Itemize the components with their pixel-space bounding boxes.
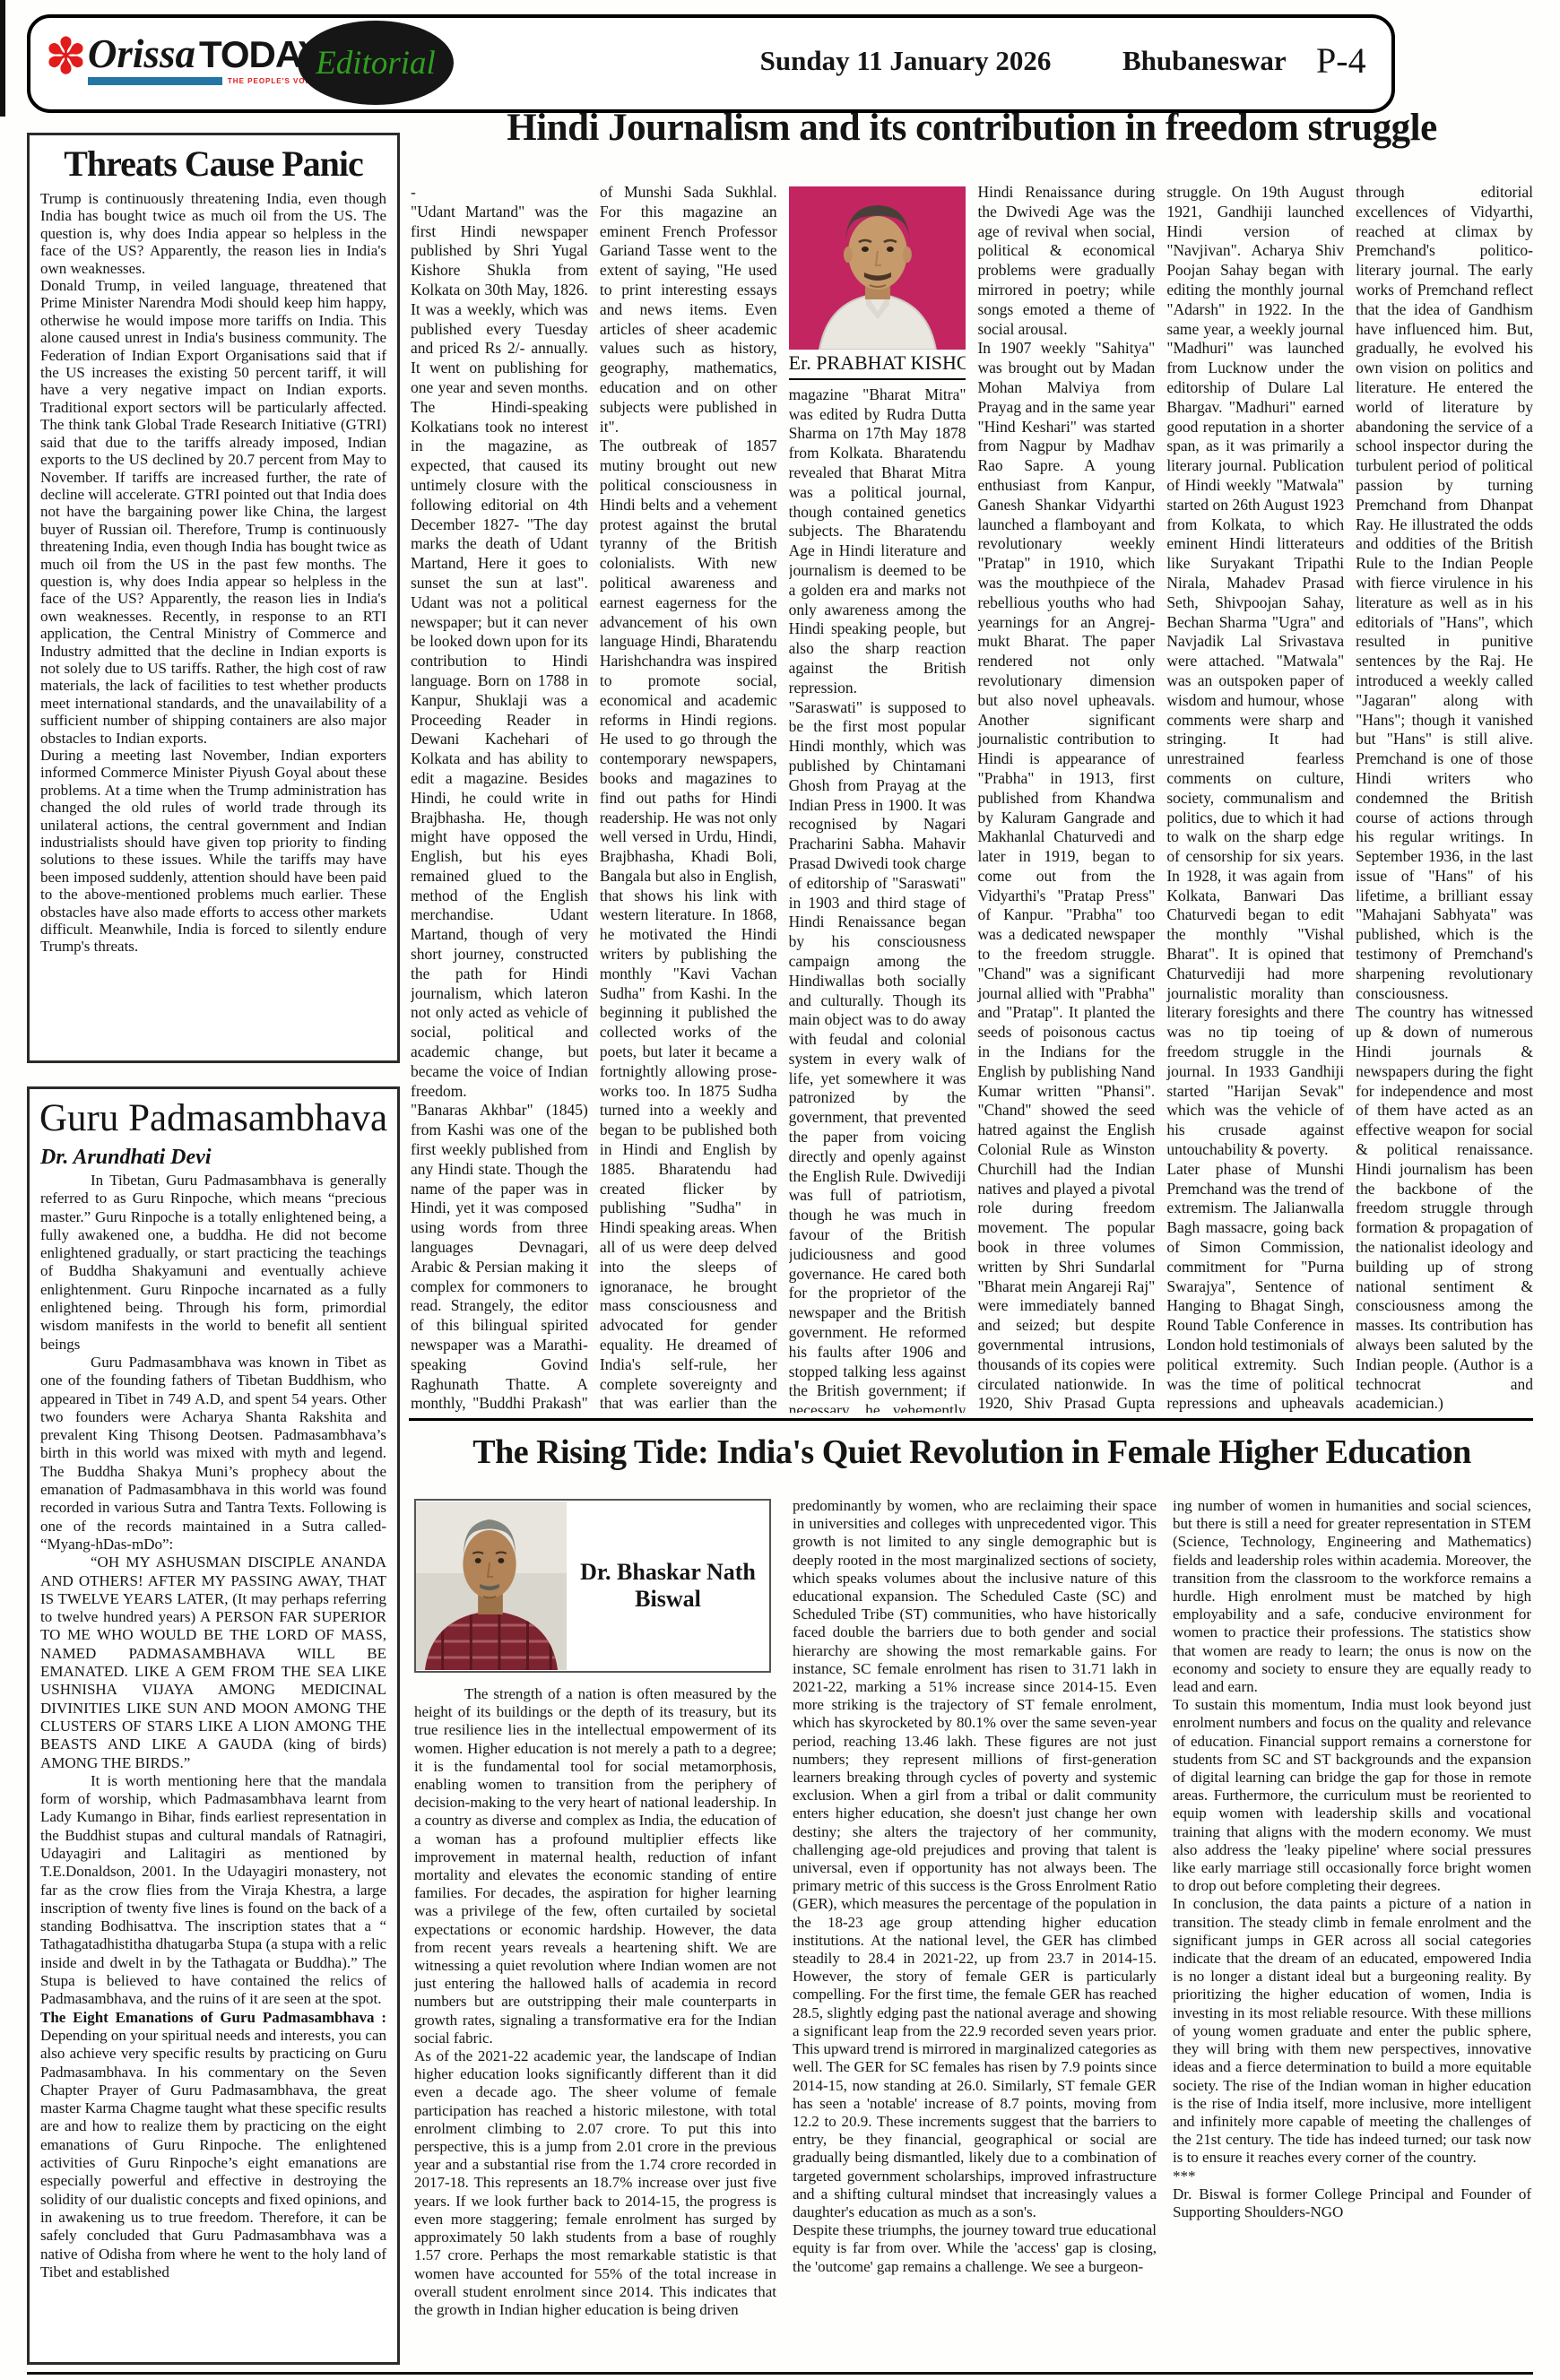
- photo-caption: Dr. Bhaskar Nath Biswal: [567, 1559, 769, 1613]
- paragraph: In Tibetan, Guru Padmasambhava is genera…: [40, 1172, 386, 1354]
- newspaper-page: ✽ Orissa TODAY THE PEOPLE'S VOICE Editor…: [0, 0, 1560, 2380]
- paragraph: "Banaras Akhbar" (1845) from Kashi was o…: [411, 1101, 588, 1413]
- bottom-column-2: predominantly by women, who are reclaimi…: [793, 1497, 1157, 2365]
- paragraph: In conclusion, the data paints a picture…: [1173, 1895, 1531, 2167]
- section-badge-label: Editorial: [316, 44, 436, 82]
- photo-caption: Er. PRABHAT KISHORE: [789, 350, 966, 380]
- article-body: Trump is continuously threatening India,…: [30, 190, 397, 956]
- paragraph: In 1907 weekly "Sahitya" was brought out…: [977, 339, 1155, 1413]
- portrait-photo: [789, 186, 966, 350]
- text-column-4: Hindi Renaissance during the Dwivedi Age…: [977, 183, 1155, 1413]
- paragraph: "Saraswati" is supposed to be the first …: [789, 698, 966, 1413]
- paragraph: through editorial excellences of Vidyart…: [1356, 183, 1533, 1003]
- paragraph: The strength of a nation is often measur…: [414, 1685, 776, 2047]
- paragraph: Guru Padmasambhava was known in Tibet as…: [40, 1354, 386, 1553]
- page-number: P-4: [1316, 39, 1366, 82]
- paragraph: of Munshi Sada Sukhlal. For this magazin…: [600, 183, 777, 437]
- paragraph: Trump is continuously threatening India,…: [40, 190, 386, 277]
- portrait-photo-prabhat-kishore: Er. PRABHAT KISHORE: [789, 186, 966, 380]
- paragraph: “OH MY ASHUSMAN DISCIPLE ANANDA AND OTHE…: [40, 1553, 386, 1772]
- text-column-2: of Munshi Sada Sukhlal. For this magazin…: [600, 183, 777, 1413]
- logo-orissa: Orissa: [88, 30, 195, 77]
- paragraph: ing number of women in humanities and so…: [1173, 1497, 1531, 1696]
- masthead: ✽ Orissa TODAY THE PEOPLE'S VOICE Editor…: [27, 14, 1395, 113]
- flower-icon: ✽: [45, 30, 87, 84]
- paragraph: magazine "Bharat Mitra" was edited by Ru…: [789, 385, 966, 698]
- text-column-3-body: magazine "Bharat Mitra" was edited by Ru…: [789, 385, 966, 1413]
- bottom-headline: The Rising Tide: India's Quiet Revolutio…: [411, 1432, 1533, 1472]
- paragraph: The Eight Emanations of Guru Padmasambha…: [40, 2009, 386, 2281]
- paragraph: predominantly by women, who are reclaimi…: [793, 1497, 1157, 2221]
- logo-text: Orissa TODAY THE PEOPLE'S VOICE: [88, 30, 322, 85]
- article-title: Guru Padmasambhava: [35, 1096, 392, 1140]
- bottom-column-1: The strength of a nation is often measur…: [414, 1685, 776, 2365]
- paragraph: During a meeting last November, Indian e…: [40, 747, 386, 956]
- section-divider: [409, 1418, 1533, 1421]
- logo-underline: [88, 77, 222, 85]
- paragraph: Dr. Biswal is former College Principal a…: [1173, 2185, 1531, 2221]
- article-hindi-journalism: -"Udant Martand" was the first Hindi new…: [411, 183, 1533, 1413]
- bottom-column-3: ing number of women in humanities and so…: [1173, 1497, 1531, 2365]
- issue-city: Bhubaneswar: [1122, 45, 1287, 77]
- text-column-1: -"Udant Martand" was the first Hindi new…: [411, 183, 588, 1413]
- paragraph: The outbreak of 1857 mutiny brought out …: [600, 437, 777, 1413]
- article-body: In Tibetan, Guru Padmasambhava is genera…: [30, 1172, 397, 2281]
- scan-edge-artifact: [0, 0, 5, 117]
- article-guru-padmasambhava: Guru Padmasambhava Dr. Arundhati Devi In…: [27, 1086, 400, 2365]
- paragraph: Despite these triumphs, the journey towa…: [793, 2221, 1157, 2276]
- paragraph: "Udant Martand" was the first Hindi news…: [411, 203, 588, 1102]
- page-bottom-rule: [27, 2372, 1533, 2375]
- main-headline: Hindi Journalism and its contribution in…: [411, 106, 1533, 150]
- paragraph: -: [411, 183, 588, 203]
- article-threats-cause-panic: Threats Cause Panic Trump is continuousl…: [27, 133, 400, 1063]
- newspaper-logo: ✽ Orissa TODAY THE PEOPLE'S VOICE: [45, 30, 322, 85]
- paragraph: Hindi Renaissance during the Dwivedi Age…: [977, 183, 1155, 339]
- section-badge: Editorial: [298, 21, 454, 105]
- paragraph: To sustain this momentum, India must loo…: [1173, 1696, 1531, 1895]
- paragraph: Donald Trump, in veiled language, threat…: [40, 277, 386, 747]
- author-byline: Dr. Arundhati Devi: [30, 1146, 397, 1170]
- paragraph: Later phase of Munshi Premchand was the …: [1166, 1160, 1344, 1413]
- paragraph: The country has witnessed up & down of n…: [1356, 1003, 1533, 1413]
- issue-date: Sunday 11 January 2026: [726, 45, 1085, 77]
- text-column-3: Er. PRABHAT KISHORE magazine "Bharat Mit…: [789, 183, 966, 1413]
- article-title: Threats Cause Panic: [35, 143, 392, 185]
- paragraph: It is worth mentioning here that the man…: [40, 1772, 386, 2009]
- paragraph: As of the 2021-22 academic year, the lan…: [414, 2047, 776, 2319]
- paragraph: struggle. On 19th August 1921, Gandhiji …: [1166, 183, 1344, 1160]
- paragraph: ***: [1173, 2168, 1531, 2185]
- text-column-5: struggle. On 19th August 1921, Gandhiji …: [1166, 183, 1344, 1413]
- author-photo-box: Dr. Bhaskar Nath Biswal: [414, 1499, 771, 1673]
- portrait-photo-bhaskar-biswal: [416, 1502, 567, 1670]
- text-column-6: through editorial excellences of Vidyart…: [1356, 183, 1533, 1413]
